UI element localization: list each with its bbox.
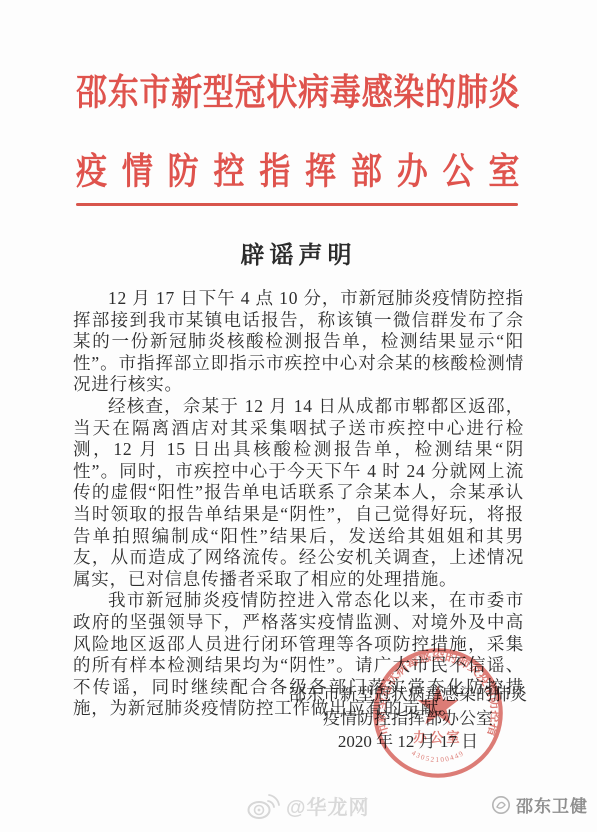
weibo-icon bbox=[246, 792, 280, 820]
signature-org-line2: 疫情防控指挥部办公室 bbox=[283, 707, 533, 731]
health-logo-icon bbox=[491, 795, 511, 815]
letterhead-line2: 疫情防控指挥部办公室 bbox=[76, 141, 520, 194]
paragraph-report: 12 月 17 日下午 4 点 10 分，市新冠肺炎疫情防控指挥部接到我市某镇电… bbox=[73, 288, 524, 396]
watermark-handle: @华龙网 bbox=[286, 791, 370, 820]
statement-body: 12 月 17 日下午 4 点 10 分，市新冠肺炎疫情防控指挥部接到我市某镇电… bbox=[73, 288, 524, 720]
statement-title: 辟谣声明 bbox=[0, 235, 597, 270]
paragraph-verification: 经核查，佘某于 12 月 14 日从成都市郫都区返邵，当天在隔离酒店对其采集咽拭… bbox=[73, 396, 524, 590]
publisher-label: 邵东卫健 bbox=[516, 792, 588, 817]
document-page: 邵东市新型冠状病毒感染的肺炎 疫情防控指挥部办公室 辟谣声明 12 月 17 日… bbox=[0, 0, 597, 832]
watermark: @华龙网 bbox=[246, 791, 370, 820]
signature-org-line1: 邵东市新型冠状病毒感染的肺炎 bbox=[283, 683, 533, 707]
signature-block: 邵东市新型冠状病毒感染的肺炎 疫情防控指挥部办公室 2020 年 12 月 17… bbox=[283, 683, 533, 754]
letterhead-line1: 邵东市新型冠状病毒感染的肺炎 bbox=[76, 62, 520, 115]
publisher-badge: 邵东卫健 bbox=[491, 792, 588, 817]
signature-date: 2020 年 12 月 17 日 bbox=[283, 730, 533, 754]
letterhead-divider bbox=[76, 203, 518, 206]
letterhead: 邵东市新型冠状病毒感染的肺炎 疫情防控指挥部办公室 bbox=[76, 62, 520, 186]
